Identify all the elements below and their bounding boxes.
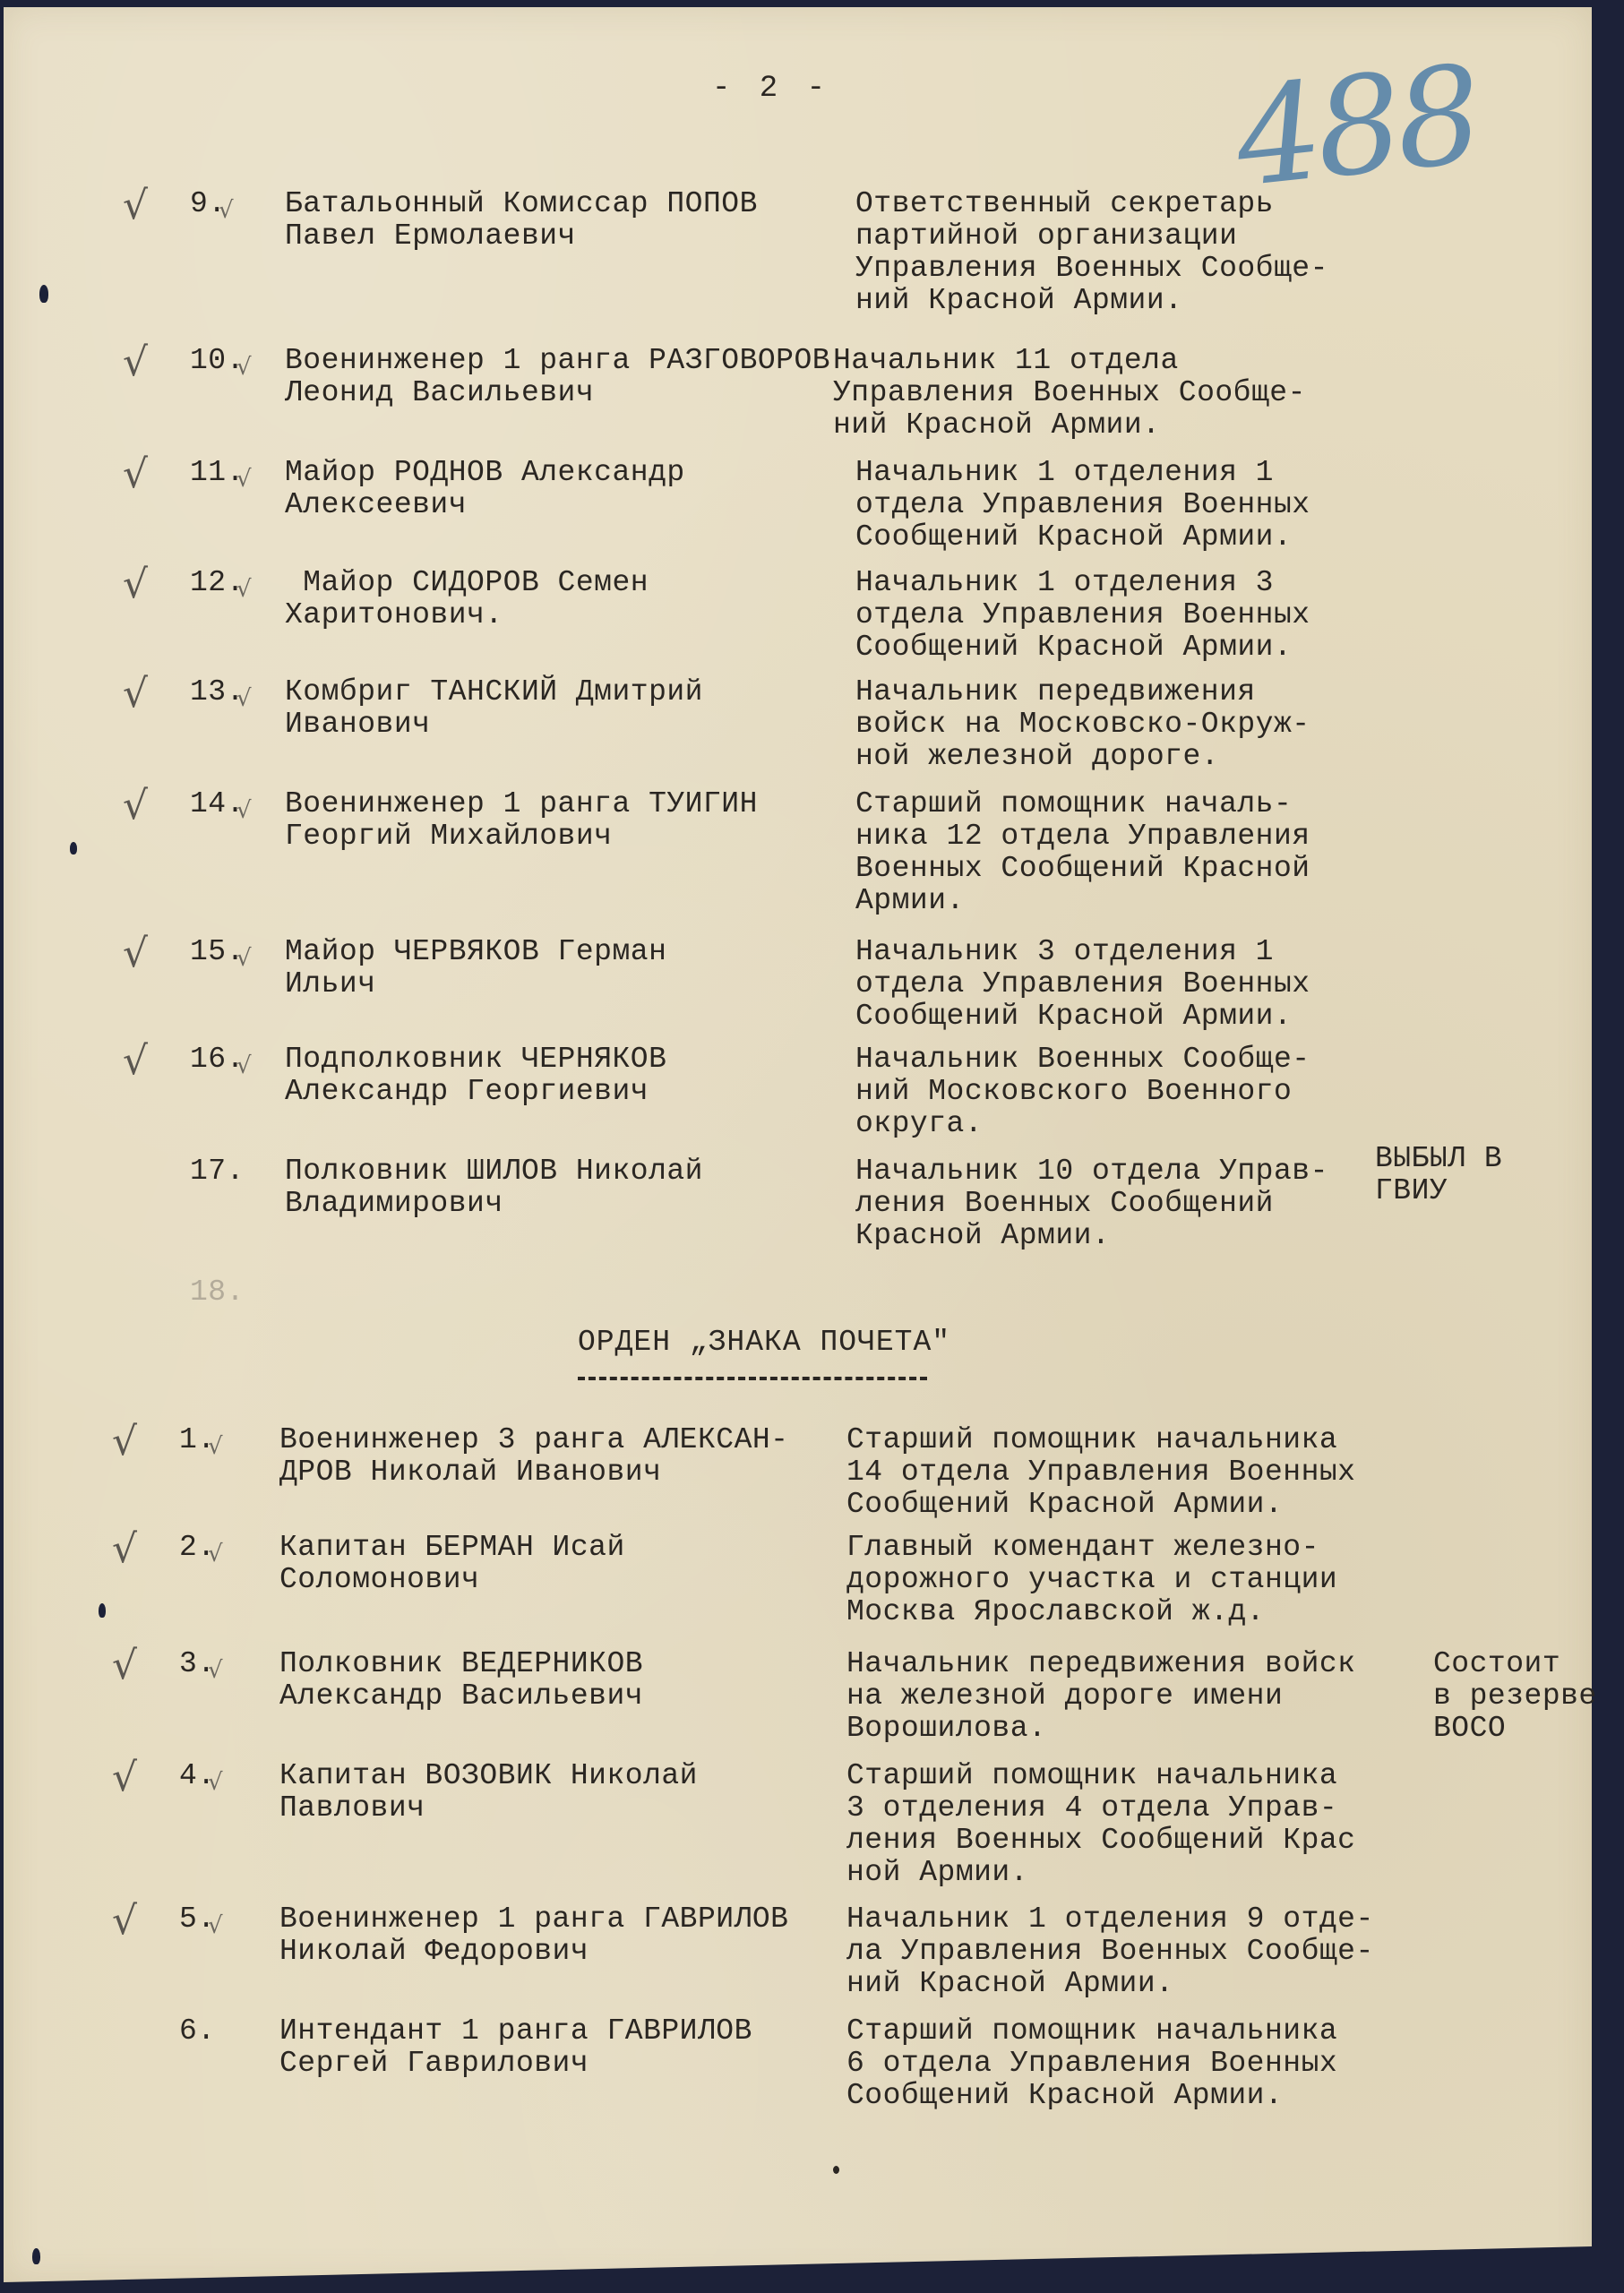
recipient-position: Начальник 1 отделения 9 отде- [846,1903,1374,1936]
recipient-position: Управления Военных Сообще- [833,377,1306,409]
recipient-name: Майор РОДНОВ Александр [285,457,685,489]
status-note: ВЫБЫЛ В [1375,1143,1502,1175]
check-mark-icon: √ [123,186,148,226]
punch-hole [70,842,77,855]
check-mark-icon: √ [236,468,252,491]
check-mark-icon: √ [219,199,234,222]
recipient-name: Батальонный Комиссар ПОПОВ [285,188,758,220]
list-item-number: 17. [190,1155,245,1188]
recipient-name: Подполковник ЧЕРНЯКОВ [285,1043,666,1076]
check-mark-icon: √ [112,1758,137,1798]
recipient-position: 14 отдела Управления Военных [846,1456,1356,1489]
recipient-position: Сообщений Красной Армии. [846,1489,1283,1521]
recipient-position: ла Управления Военных Сообще- [846,1936,1374,1968]
punch-hole [99,1603,106,1618]
recipient-position: Военных Сообщений Красной [855,853,1310,885]
recipient-position: ний Московского Военного [855,1076,1292,1108]
status-note: ВОСО [1433,1713,1506,1745]
recipient-name: Военинженер 1 ранга РАЗГОВОРОВ [285,345,830,377]
page-number: - 2 - [712,72,830,106]
recipient-position: Начальник 11 отдела [833,345,1179,377]
recipient-position: ления Военных Сообщений Крас [846,1825,1356,1857]
recipient-position: ной железной дороге. [855,741,1219,773]
check-mark-icon: √ [123,934,148,974]
recipient-name: Соломонович [279,1564,479,1596]
check-mark-icon: √ [208,1914,223,1937]
check-mark-icon: √ [208,1435,223,1458]
recipient-name: Капитан ВОЗОВИК Николай [279,1760,698,1792]
check-mark-icon: √ [123,786,148,826]
recipient-name: Георгий Михайлович [285,820,612,853]
check-mark-icon: √ [236,799,252,822]
recipient-position: Начальник 10 отдела Управ- [855,1155,1328,1188]
recipient-position: партийной организации [855,220,1237,253]
recipient-name: Майор СИДОРОВ Семен [285,567,649,599]
recipient-position: отдела Управления Военных [855,968,1310,1001]
recipient-position: Армии. [855,885,965,917]
check-mark-icon: √ [112,1902,137,1941]
recipient-position: Ворошилова. [846,1713,1046,1745]
recipient-name: Полковник ВЕДЕРНИКОВ [279,1648,643,1680]
recipient-position: Начальник передвижения войск [846,1648,1356,1680]
recipient-position: Сообщений Красной Армии. [846,2080,1283,2112]
recipient-name: Иванович [285,709,430,741]
status-note: ГВИУ [1375,1175,1448,1207]
recipient-name: ДРОВ Николай Иванович [279,1456,661,1489]
recipient-position: Старший помощник началь- [855,788,1292,820]
check-mark-icon: √ [112,1530,137,1569]
recipient-name: Леонид Васильевич [285,377,594,409]
check-mark-icon: √ [236,356,252,379]
recipient-name: Военинженер 1 ранга ТУИГИН [285,788,758,820]
recipient-name: Николай Федорович [279,1936,589,1968]
punch-hole [39,285,48,303]
recipient-position: Управления Военных Сообще- [855,253,1328,285]
check-mark-icon: √ [123,455,148,494]
check-mark-icon: √ [112,1422,137,1462]
recipient-name: Военинженер 1 ранга ГАВРИЛОВ [279,1903,789,1936]
recipient-position: ний Красной Армии. [833,409,1160,442]
check-mark-icon: √ [236,687,252,710]
recipient-position: ления Военных Сообщений [855,1188,1274,1220]
recipient-position: Главный комендант железно- [846,1532,1319,1564]
section-heading: ОРДЕН „ЗНАКА ПОЧЕТА" [578,1326,950,1359]
recipient-position: Сообщений Красной Армии. [855,631,1292,664]
recipient-position: на железной дороге имени [846,1680,1283,1713]
check-mark-icon: √ [123,1042,148,1081]
recipient-position: Сообщений Красной Армии. [855,521,1292,554]
check-mark-icon: √ [208,1771,223,1794]
status-note: Состоит [1433,1648,1560,1680]
recipient-position: округа. [855,1108,983,1140]
recipient-name: Павлович [279,1792,425,1825]
check-mark-icon: √ [236,578,252,601]
recipient-position: Старший помощник начальника [846,2015,1337,2048]
recipient-position: Начальник 1 отделения 3 [855,567,1274,599]
list-item-number: 18. [190,1276,245,1309]
recipient-position: Ответственный секретарь [855,188,1274,220]
heading-underline [578,1377,927,1380]
recipient-name: Алексеевич [285,489,467,521]
recipient-position: 6 отдела Управления Военных [846,2048,1337,2080]
check-mark-icon: √ [208,1542,223,1566]
recipient-position: Начальник Военных Сообще- [855,1043,1310,1076]
check-mark-icon: √ [236,1054,252,1078]
recipient-name: Интендант 1 ранга ГАВРИЛОВ [279,2015,752,2048]
recipient-name: Капитан БЕРМАН Исай [279,1532,625,1564]
recipient-position: Москва Ярославской ж.д. [846,1596,1265,1628]
recipient-name: Полковник ШИЛОВ Николай [285,1155,703,1188]
recipient-position: отдела Управления Военных [855,489,1310,521]
check-mark-icon: √ [123,565,148,605]
recipient-position: дорожного участка и станции [846,1564,1337,1596]
recipient-position: Старший помощник начальника [846,1760,1337,1792]
recipient-position: отдела Управления Военных [855,599,1310,631]
recipient-name: Военинженер 3 ранга АЛЕКСАН- [279,1424,789,1456]
check-mark-icon: √ [236,947,252,970]
recipient-name: Комбриг ТАНСКИЙ Дмитрий [285,676,703,709]
recipient-position: ной Армии. [846,1857,1028,1889]
recipient-name: Сергей Гаврилович [279,2048,589,2080]
recipient-position: Начальник передвижения [855,676,1256,709]
recipient-position: Начальник 3 отделения 1 [855,936,1274,968]
status-note: в резерве [1433,1680,1597,1713]
recipient-name: Ильич [285,968,376,1001]
punch-hole [32,2248,40,2264]
recipient-name: Владимирович [285,1188,503,1220]
recipient-name: Александр Георгиевич [285,1076,649,1108]
ink-spot [833,2166,839,2174]
recipient-position: 3 отделения 4 отдела Управ- [846,1792,1337,1825]
check-mark-icon: √ [208,1659,223,1682]
recipient-position: Начальник 1 отделения 1 [855,457,1274,489]
check-mark-icon: √ [112,1646,137,1686]
recipient-name: Павел Ермолаевич [285,220,576,253]
recipient-name: Александр Васильевич [279,1680,643,1713]
recipient-position: войск на Московско-Окруж- [855,709,1310,741]
recipient-position: Старший помощник начальника [846,1424,1337,1456]
recipient-position: Красной Армии. [855,1220,1110,1252]
recipient-position: ний Красной Армии. [846,1968,1173,2000]
recipient-name: Харитонович. [285,599,503,631]
recipient-position: ника 12 отдела Управления [855,820,1310,853]
list-item-number: 6. [179,2015,216,2048]
recipient-name: Майор ЧЕРВЯКОВ Герман [285,936,666,968]
check-mark-icon: √ [123,343,148,382]
recipient-position: ний Красной Армии. [855,285,1182,317]
recipient-position: Сообщений Красной Армии. [855,1001,1292,1033]
check-mark-icon: √ [123,674,148,714]
